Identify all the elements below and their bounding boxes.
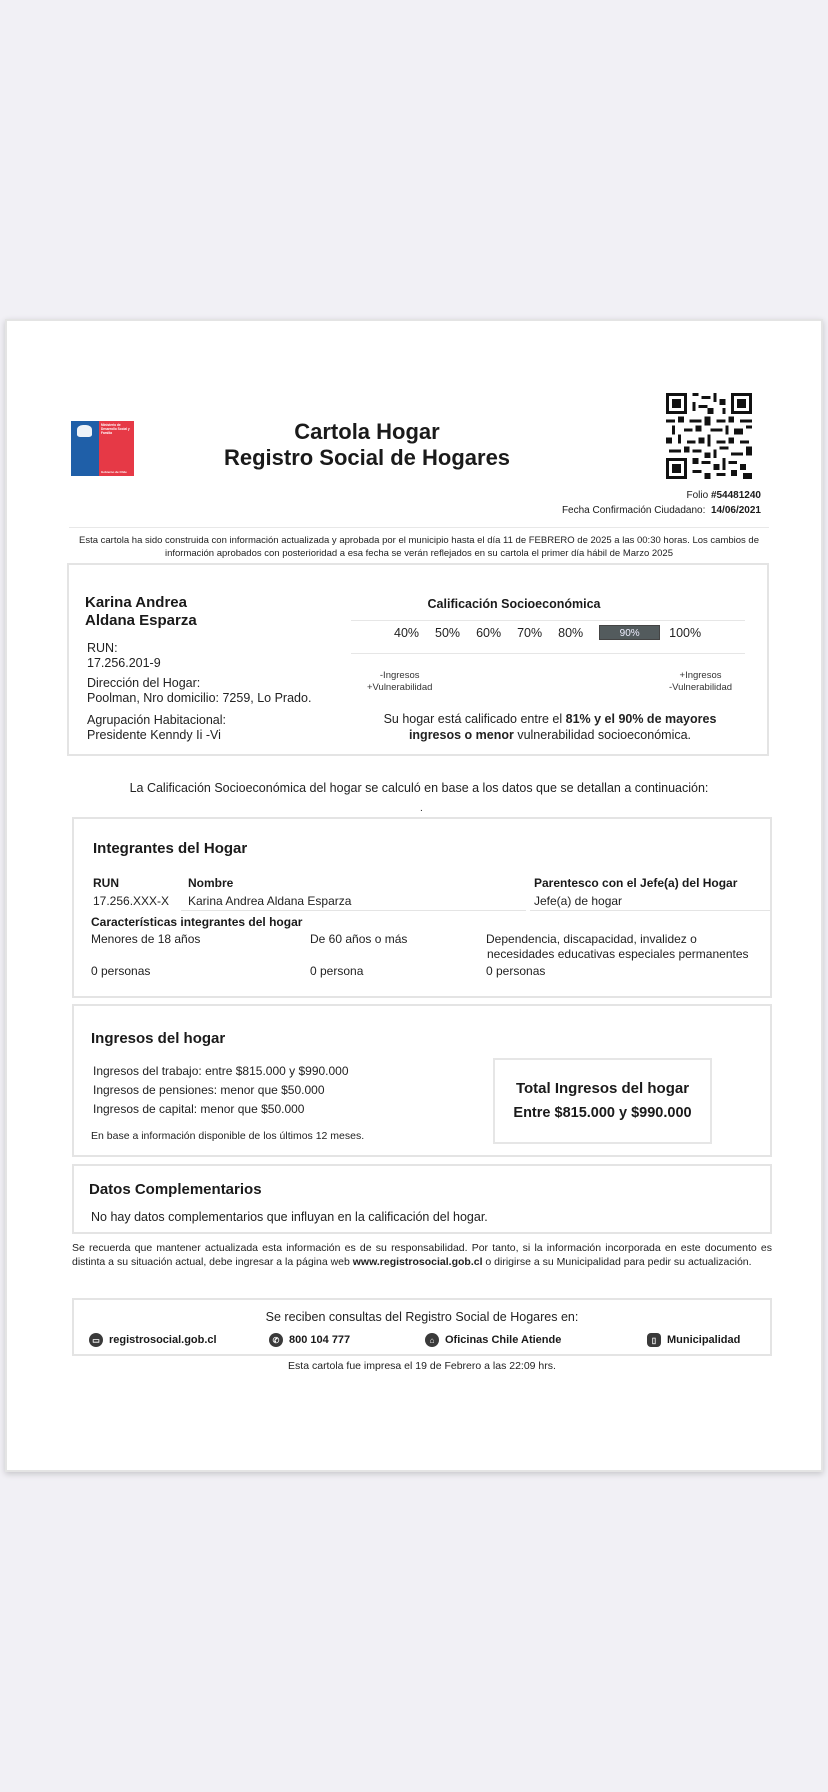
cartola-document: Ministerio de Desarrollo Social y Famili…: [5, 319, 823, 1472]
contact-phone-label: 800 104 777: [289, 1334, 350, 1346]
fecha-label: Fecha Confirmación Ciudadano:: [562, 505, 705, 516]
calificacion-scale: 40%50%60%70%80%90%100%: [394, 625, 717, 640]
folio-info: Folio #54481240 Fecha Confirmación Ciuda…: [562, 488, 761, 518]
name-line-2: Aldana Esparza: [85, 612, 197, 630]
contact-office[interactable]: ⌂ Oficinas Chile Atiende: [425, 1333, 561, 1347]
ministerio-logo: Ministerio de Desarrollo Social y Famili…: [71, 421, 134, 476]
table-cell-run: 17.256.XXX-X: [93, 894, 169, 908]
coat-of-arms-icon: [77, 425, 92, 437]
complementarios-title: Datos Complementarios: [89, 1181, 262, 1198]
sentence-pre: Su hogar está calificado entre el: [384, 712, 566, 726]
dependencia-line-1: Dependencia, discapacidad, invalidez o: [486, 932, 749, 947]
total-ingresos-box: Total Ingresos del hogar Entre $815.000 …: [493, 1058, 712, 1144]
calificacion-title: Calificación Socioeconómica: [359, 597, 669, 611]
direccion-field: Dirección del Hogar: Poolman, Nro domici…: [87, 676, 311, 706]
household-summary-box: Karina Andrea Aldana Esparza RUN: 17.256…: [67, 563, 769, 756]
caracteristica-dependencia-label: Dependencia, discapacidad, invalidez o n…: [486, 932, 749, 962]
integrantes-section: Integrantes del Hogar RUN Nombre Parente…: [72, 817, 772, 998]
caracteristica-mayores-label: De 60 años o más: [310, 932, 407, 947]
agrupacion-field: Agrupación Habitacional: Presidente Kenn…: [87, 713, 226, 743]
run-label: RUN:: [87, 641, 161, 656]
calificacion-sentence: Su hogar está calificado entre el 81% y …: [364, 711, 736, 743]
direccion-value: Poolman, Nro domicilio: 7259, Lo Prado.: [87, 691, 311, 706]
basis-text: La Calificación Socioeconómica del hogar…: [69, 781, 769, 795]
ingresos-trabajo: Ingresos del trabajo: entre $815.000 y $…: [93, 1064, 349, 1078]
office-icon: ⌂: [425, 1333, 439, 1347]
contact-web[interactable]: ▭ registrosocial.gob.cl: [89, 1333, 217, 1347]
contact-office-label: Oficinas Chile Atiende: [445, 1334, 561, 1346]
direccion-label: Dirección del Hogar:: [87, 676, 311, 691]
contacto-section: Se reciben consultas del Registro Social…: [72, 1298, 772, 1356]
update-notice: Esta cartola ha sido construida con info…: [69, 535, 769, 560]
caracteristica-menores-label: Menores de 18 años: [91, 932, 200, 947]
contact-phone[interactable]: ✆ 800 104 777: [269, 1333, 350, 1347]
reminder-post: o dirigirse a su Municipalidad para pedi…: [483, 1256, 752, 1268]
column-header-parentesco: Parentesco con el Jefe(a) del Hogar: [534, 876, 737, 890]
contact-municipalidad-label: Municipalidad: [667, 1334, 740, 1346]
scale-step-selected: 90%: [599, 625, 660, 640]
name-line-1: Karina Andrea: [85, 594, 197, 612]
scale-step: 80%: [558, 626, 583, 640]
run-value: 17.256.201-9: [87, 656, 161, 671]
ingresos-capital: Ingresos de capital: menor que $50.000: [93, 1102, 304, 1116]
left-label-1: -Ingresos: [367, 670, 432, 682]
contact-municipalidad[interactable]: ▯ Municipalidad: [647, 1333, 740, 1347]
fecha-value: 14/06/2021: [711, 505, 761, 516]
right-label-2: -Vulnerabilidad: [669, 682, 732, 694]
dot: .: [420, 803, 423, 814]
scale-step: 70%: [517, 626, 542, 640]
ingresos-note: En base a información disponible de los …: [91, 1130, 364, 1142]
person-name: Karina Andrea Aldana Esparza: [85, 594, 197, 630]
caracteristica-dependencia-value: 0 personas: [486, 964, 545, 978]
agrupacion-value: Presidente Kenndy Ii -Vi: [87, 728, 226, 743]
caracteristicas-title: Características integrantes del hogar: [91, 915, 302, 929]
logo-text: Ministerio de Desarrollo Social y Famili…: [101, 423, 130, 435]
caracteristica-mayores-value: 0 persona: [310, 964, 363, 978]
sentence-post: vulnerabilidad socioeconómica.: [514, 728, 691, 742]
registro-social-link[interactable]: www.registrosocial.gob.cl: [353, 1256, 483, 1268]
qr-code-icon: [666, 393, 752, 479]
title-line-2: Registro Social de Hogares: [207, 445, 527, 471]
document-title: Cartola Hogar Registro Social de Hogares: [207, 419, 527, 471]
ingresos-section: Ingresos del hogar Ingresos del trabajo:…: [72, 1004, 772, 1157]
folio-value: #54481240: [711, 490, 761, 501]
ingresos-title: Ingresos del hogar: [91, 1030, 225, 1047]
title-line-1: Cartola Hogar: [207, 419, 527, 445]
total-ingresos-title: Total Ingresos del hogar: [495, 1080, 710, 1097]
complementarios-section: Datos Complementarios No hay datos compl…: [72, 1164, 772, 1234]
right-label-1: +Ingresos: [669, 670, 732, 682]
scale-right-label: +Ingresos -Vulnerabilidad: [669, 670, 732, 694]
divider: [351, 653, 745, 654]
column-header-run: RUN: [93, 876, 119, 890]
dependencia-line-2: necesidades educativas especiales perman…: [486, 947, 749, 962]
printed-timestamp: Esta cartola fue impresa el 19 de Febrer…: [72, 1360, 772, 1372]
divider: [69, 527, 769, 528]
scale-step: 40%: [394, 626, 419, 640]
divider: [181, 910, 526, 911]
contacto-title: Se reciben consultas del Registro Social…: [74, 1310, 770, 1324]
scale-left-label: -Ingresos +Vulnerabilidad: [367, 670, 432, 694]
table-cell-parentesco: Jefe(a) de hogar: [534, 894, 622, 908]
divider: [530, 910, 770, 911]
table-cell-nombre: Karina Andrea Aldana Esparza: [188, 894, 351, 908]
contact-web-label: registrosocial.gob.cl: [109, 1334, 217, 1346]
folio-label: Folio: [686, 490, 708, 501]
caracteristica-menores-value: 0 personas: [91, 964, 150, 978]
monitor-icon: ▭: [89, 1333, 103, 1347]
building-icon: ▯: [647, 1333, 661, 1347]
phone-icon: ✆: [269, 1333, 283, 1347]
agrupacion-label: Agrupación Habitacional:: [87, 713, 226, 728]
divider: [351, 620, 745, 621]
scale-step: 100%: [669, 626, 701, 640]
logo-footer: Gobierno de Chile: [101, 470, 127, 474]
run-field: RUN: 17.256.201-9: [87, 641, 161, 671]
left-label-2: +Vulnerabilidad: [367, 682, 432, 694]
integrantes-title: Integrantes del Hogar: [93, 840, 247, 857]
total-ingresos-value: Entre $815.000 y $990.000: [495, 1105, 710, 1121]
reminder-text: Se recuerda que mantener actualizada est…: [72, 1242, 772, 1269]
ingresos-pensiones: Ingresos de pensiones: menor que $50.000: [93, 1083, 325, 1097]
complementarios-text: No hay datos complementarios que influya…: [91, 1210, 488, 1224]
column-header-nombre: Nombre: [188, 876, 233, 890]
scale-step: 50%: [435, 626, 460, 640]
scale-step: 60%: [476, 626, 501, 640]
